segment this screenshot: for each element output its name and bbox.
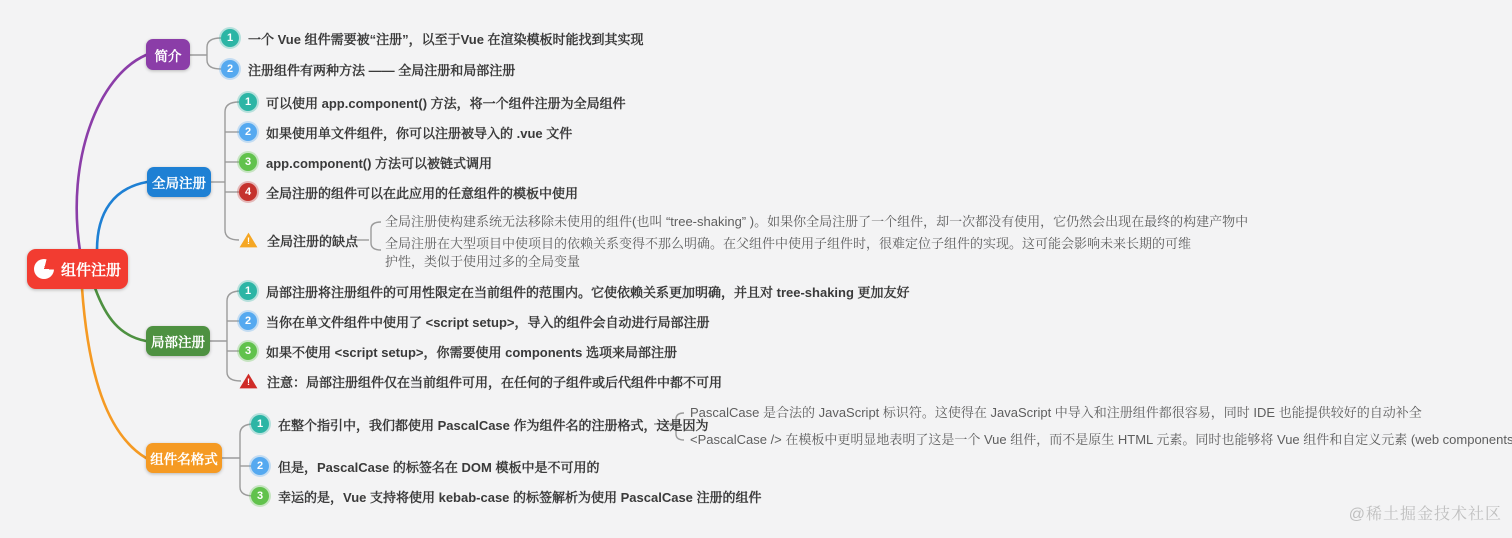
- item-text: 当你在单文件组件中使用了 <script setup>，导入的组件会自动进行局部…: [266, 312, 709, 331]
- item-text: 如果使用单文件组件，你可以注册被导入的 .vue 文件: [266, 123, 572, 142]
- list-item[interactable]: 1 可以使用 app.component() 方法，将一个组件注册为全局组件: [239, 91, 626, 113]
- sub-item-text[interactable]: PascalCase 是合法的 JavaScript 标识符。这使得在 Java…: [690, 404, 1422, 422]
- branch-curve-intro: [77, 55, 146, 251]
- sub-item-text[interactable]: 全局注册使构建系统无法移除未使用的组件(也叫 “tree-shaking” )。…: [385, 213, 1248, 231]
- root-node-component-registration[interactable]: 组件注册: [27, 249, 128, 289]
- list-item[interactable]: 3 如果不使用 <script setup>，你需要使用 components …: [239, 340, 677, 362]
- item-text: 全局注册的组件可以在此应用的任意组件的模板中使用: [266, 183, 578, 202]
- watermark-text: @稀土掘金技术社区: [1349, 501, 1502, 524]
- number-badge: 3: [251, 487, 269, 505]
- list-item[interactable]: ! 全局注册的缺点: [239, 229, 358, 251]
- branch-node-local-registration[interactable]: 局部注册: [146, 326, 210, 356]
- bracket-global: [211, 102, 239, 240]
- alert-icon: !: [239, 373, 258, 389]
- branch-node-label: 局部注册: [151, 331, 205, 351]
- item-text: 在整个指引中，我们都使用 PascalCase 作为组件名的注册格式，这是因为: [278, 415, 709, 434]
- number-badge: 2: [221, 60, 239, 78]
- number-badge: 2: [239, 312, 257, 330]
- branch-node-global-registration[interactable]: 全局注册: [147, 167, 211, 197]
- list-item[interactable]: 3 幸运的是，Vue 支持将使用 kebab-case 的标签解析为使用 Pas…: [251, 485, 762, 507]
- sub-item-text[interactable]: <PascalCase /> 在模板中更明显地表明了这是一个 Vue 组件，而不…: [690, 431, 1512, 449]
- list-item[interactable]: 4 全局注册的组件可以在此应用的任意组件的模板中使用: [239, 181, 578, 203]
- list-item[interactable]: 1 局部注册将注册组件的可用性限定在当前组件的范围内。它使依赖关系更加明确，并且…: [239, 280, 910, 302]
- bracket-intro: [190, 38, 221, 69]
- item-text: 幸运的是，Vue 支持将使用 kebab-case 的标签解析为使用 Pasca…: [278, 487, 762, 506]
- number-badge: 1: [239, 282, 257, 300]
- branch-curve-local: [95, 288, 146, 341]
- number-badge: 2: [251, 457, 269, 475]
- item-text: 注册组件有两种方法 —— 全局注册和局部注册: [248, 60, 515, 79]
- bracket-naming: [222, 424, 254, 496]
- item-text: 但是，PascalCase 的标签名在 DOM 模板中是不可用的: [278, 457, 599, 476]
- number-badge: 1: [251, 415, 269, 433]
- warning-icon: !: [239, 232, 258, 248]
- list-item[interactable]: 2 当你在单文件组件中使用了 <script setup>，导入的组件会自动进行…: [239, 310, 709, 332]
- number-badge: 1: [239, 93, 257, 111]
- bracket-global-cons: [354, 222, 381, 250]
- branch-node-label: 全局注册: [152, 172, 206, 192]
- item-text: app.component() 方法可以被链式调用: [266, 153, 492, 172]
- item-text: 一个 Vue 组件需要被“注册”，以至于Vue 在渲染模板时能找到其实现: [248, 29, 644, 48]
- list-item[interactable]: 3 app.component() 方法可以被链式调用: [239, 151, 492, 173]
- branch-node-label: 组件名格式: [150, 448, 218, 468]
- number-badge: 3: [239, 153, 257, 171]
- mindmap-canvas: 组件注册 简介 全局注册 局部注册 组件名格式 1 一个 Vue 组件需要被“注…: [0, 0, 1512, 538]
- branch-node-label: 简介: [155, 45, 182, 65]
- list-item[interactable]: ! 注意：局部注册组件仅在当前组件可用，在任何的子组件或后代组件中都不可用: [239, 370, 722, 392]
- item-text: 局部注册将注册组件的可用性限定在当前组件的范围内。它使依赖关系更加明确，并且对 …: [266, 282, 910, 301]
- branch-curve-global: [97, 182, 147, 250]
- number-badge: 4: [239, 183, 257, 201]
- list-item[interactable]: 2 但是，PascalCase 的标签名在 DOM 模板中是不可用的: [251, 455, 599, 477]
- root-node-label: 组件注册: [61, 259, 121, 280]
- sub-item-text[interactable]: 全局注册在大型项目中使项目的依赖关系变得不那么明确。在父组件中使用子组件时，很难…: [385, 235, 1200, 271]
- item-text: 可以使用 app.component() 方法，将一个组件注册为全局组件: [266, 93, 626, 112]
- item-text: 注意：局部注册组件仅在当前组件可用，在任何的子组件或后代组件中都不可用: [267, 372, 722, 391]
- item-text: 如果不使用 <script setup>，你需要使用 components 选项…: [266, 342, 677, 361]
- list-item[interactable]: 1 一个 Vue 组件需要被“注册”，以至于Vue 在渲染模板时能找到其实现: [221, 27, 644, 49]
- list-item[interactable]: 2 注册组件有两种方法 —— 全局注册和局部注册: [221, 58, 515, 80]
- number-badge: 3: [239, 342, 257, 360]
- branch-node-intro[interactable]: 简介: [146, 39, 190, 70]
- pie-chart-icon: [34, 259, 54, 279]
- number-badge: 1: [221, 29, 239, 47]
- bracket-local: [210, 291, 241, 381]
- list-item[interactable]: 1 在整个指引中，我们都使用 PascalCase 作为组件名的注册格式，这是因…: [251, 413, 709, 435]
- number-badge: 2: [239, 123, 257, 141]
- branch-node-component-name-format[interactable]: 组件名格式: [146, 443, 222, 473]
- branch-curve-naming: [82, 288, 146, 458]
- item-text: 全局注册的缺点: [267, 231, 358, 250]
- list-item[interactable]: 2 如果使用单文件组件，你可以注册被导入的 .vue 文件: [239, 121, 572, 143]
